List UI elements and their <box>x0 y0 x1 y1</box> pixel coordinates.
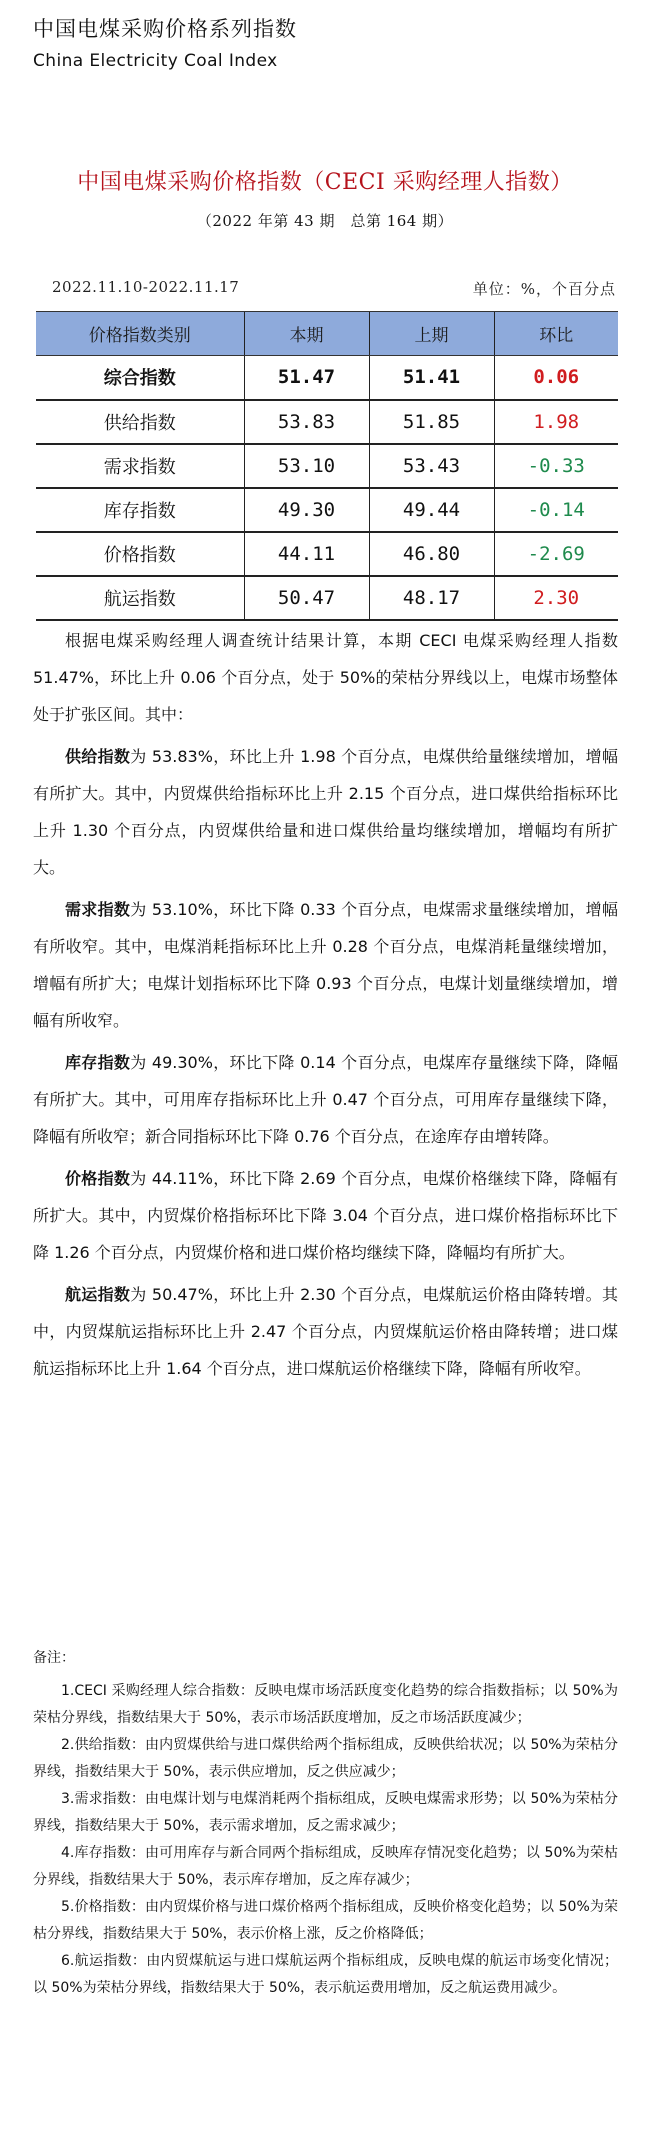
row-change: -2.69 <box>494 532 618 576</box>
row-change: 1.98 <box>494 400 618 444</box>
row-previous: 46.80 <box>369 532 494 576</box>
table-row: 航运指数 50.47 48.17 2.30 <box>36 576 618 620</box>
summary-paragraph: 根据电煤采购经理人调查统计结果计算，本期 CECI 电煤采购经理人指数 51.4… <box>33 622 618 733</box>
paragraph-text: 为 53.83%，环比上升 1.98 个百分点，电煤供给量继续增加，增幅有所扩大… <box>33 747 618 877</box>
table-row: 库存指数 49.30 49.44 -0.14 <box>36 488 618 532</box>
table-row: 需求指数 53.10 53.43 -0.33 <box>36 444 618 488</box>
row-change: -0.33 <box>494 444 618 488</box>
row-current: 51.47 <box>244 356 369 400</box>
note-item: 1.CECI 采购经理人综合指数：反映电煤市场活跃度变化趋势的综合指数指标；以 … <box>33 1678 618 1732</box>
note-item: 3.需求指数：由电煤计划与电煤消耗两个指标组成，反映电煤需求形势；以 50%为荣… <box>33 1786 618 1840</box>
report-title: 中国电煤采购价格指数（CECI 采购经理人指数） <box>0 165 650 196</box>
paragraph-lead: 需求指数 <box>65 900 130 919</box>
row-category: 航运指数 <box>36 576 244 620</box>
row-change: 2.30 <box>494 576 618 620</box>
supply-paragraph: 供给指数为 53.83%，环比上升 1.98 个百分点，电煤供给量继续增加，增幅… <box>33 738 618 886</box>
row-current: 53.10 <box>244 444 369 488</box>
brand-title-en: China Electricity Coal Index <box>33 49 297 73</box>
paragraph-text: 为 53.10%，环比下降 0.33 个百分点，电煤需求量继续增加，增幅有所收窄… <box>33 900 618 1030</box>
paragraph-lead: 价格指数 <box>65 1169 130 1188</box>
paragraph-lead: 航运指数 <box>65 1285 130 1304</box>
paragraph-lead: 供给指数 <box>65 747 130 766</box>
row-previous: 51.85 <box>369 400 494 444</box>
note-item: 5.价格指数：由内贸煤价格与进口煤价格两个指标组成，反映价格变化趋势；以 50%… <box>33 1894 618 1948</box>
table-row: 供给指数 53.83 51.85 1.98 <box>36 400 618 444</box>
row-category: 需求指数 <box>36 444 244 488</box>
table-header-row: 价格指数类别 本期 上期 环比 <box>36 312 618 356</box>
row-category: 综合指数 <box>36 356 244 400</box>
paragraph-lead: 库存指数 <box>65 1053 130 1072</box>
shipping-paragraph: 航运指数为 50.47%，环比上升 2.30 个百分点，电煤航运价格由降转增。其… <box>33 1276 618 1387</box>
row-previous: 49.44 <box>369 488 494 532</box>
demand-paragraph: 需求指数为 53.10%，环比下降 0.33 个百分点，电煤需求量继续增加，增幅… <box>33 891 618 1039</box>
issue-number: （2022 年第 43 期 总第 164 期） <box>0 210 650 231</box>
analysis-text: 根据电煤采购经理人调查统计结果计算，本期 CECI 电煤采购经理人指数 51.4… <box>33 622 618 1392</box>
header-current: 本期 <box>244 312 369 356</box>
row-category: 库存指数 <box>36 488 244 532</box>
inventory-paragraph: 库存指数为 49.30%，环比下降 0.14 个百分点，电煤库存量继续下降，降幅… <box>33 1044 618 1155</box>
row-previous: 48.17 <box>369 576 494 620</box>
date-range: 2022.11.10-2022.11.17 <box>52 278 239 296</box>
unit-label: 单位：%，个百分点 <box>473 278 616 299</box>
row-change: -0.14 <box>494 488 618 532</box>
row-current: 44.11 <box>244 532 369 576</box>
index-table: 价格指数类别 本期 上期 环比 综合指数 51.47 51.41 0.06 供给… <box>36 311 618 621</box>
notes-title: 备注： <box>33 1645 618 1672</box>
header-category: 价格指数类别 <box>36 312 244 356</box>
paragraph-text: 根据电煤采购经理人调查统计结果计算，本期 CECI 电煤采购经理人指数 51.4… <box>33 631 618 724</box>
note-item: 4.库存指数：由可用库存与新合同两个指标组成，反映库存情况变化趋势；以 50%为… <box>33 1840 618 1894</box>
note-item: 2.供给指数：由内贸煤供给与进口煤供给两个指标组成，反映供给状况；以 50%为荣… <box>33 1732 618 1786</box>
row-previous: 53.43 <box>369 444 494 488</box>
row-previous: 51.41 <box>369 356 494 400</box>
row-category: 供给指数 <box>36 400 244 444</box>
brand-header: 中国电煤采购价格系列指数 China Electricity Coal Inde… <box>33 15 297 73</box>
row-change: 0.06 <box>494 356 618 400</box>
row-current: 49.30 <box>244 488 369 532</box>
row-category: 价格指数 <box>36 532 244 576</box>
table-row: 综合指数 51.47 51.41 0.06 <box>36 356 618 400</box>
brand-title-cn: 中国电煤采购价格系列指数 <box>33 15 297 43</box>
price-paragraph: 价格指数为 44.11%，环比下降 2.69 个百分点，电煤价格继续下降，降幅有… <box>33 1160 618 1271</box>
header-change: 环比 <box>494 312 618 356</box>
note-item: 6.航运指数：由内贸煤航运与进口煤航运两个指标组成，反映电煤的航运市场变化情况；… <box>33 1948 618 2002</box>
row-current: 53.83 <box>244 400 369 444</box>
table-row: 价格指数 44.11 46.80 -2.69 <box>36 532 618 576</box>
header-previous: 上期 <box>369 312 494 356</box>
row-current: 50.47 <box>244 576 369 620</box>
notes-section: 备注： 1.CECI 采购经理人综合指数：反映电煤市场活跃度变化趋势的综合指数指… <box>33 1645 618 2002</box>
